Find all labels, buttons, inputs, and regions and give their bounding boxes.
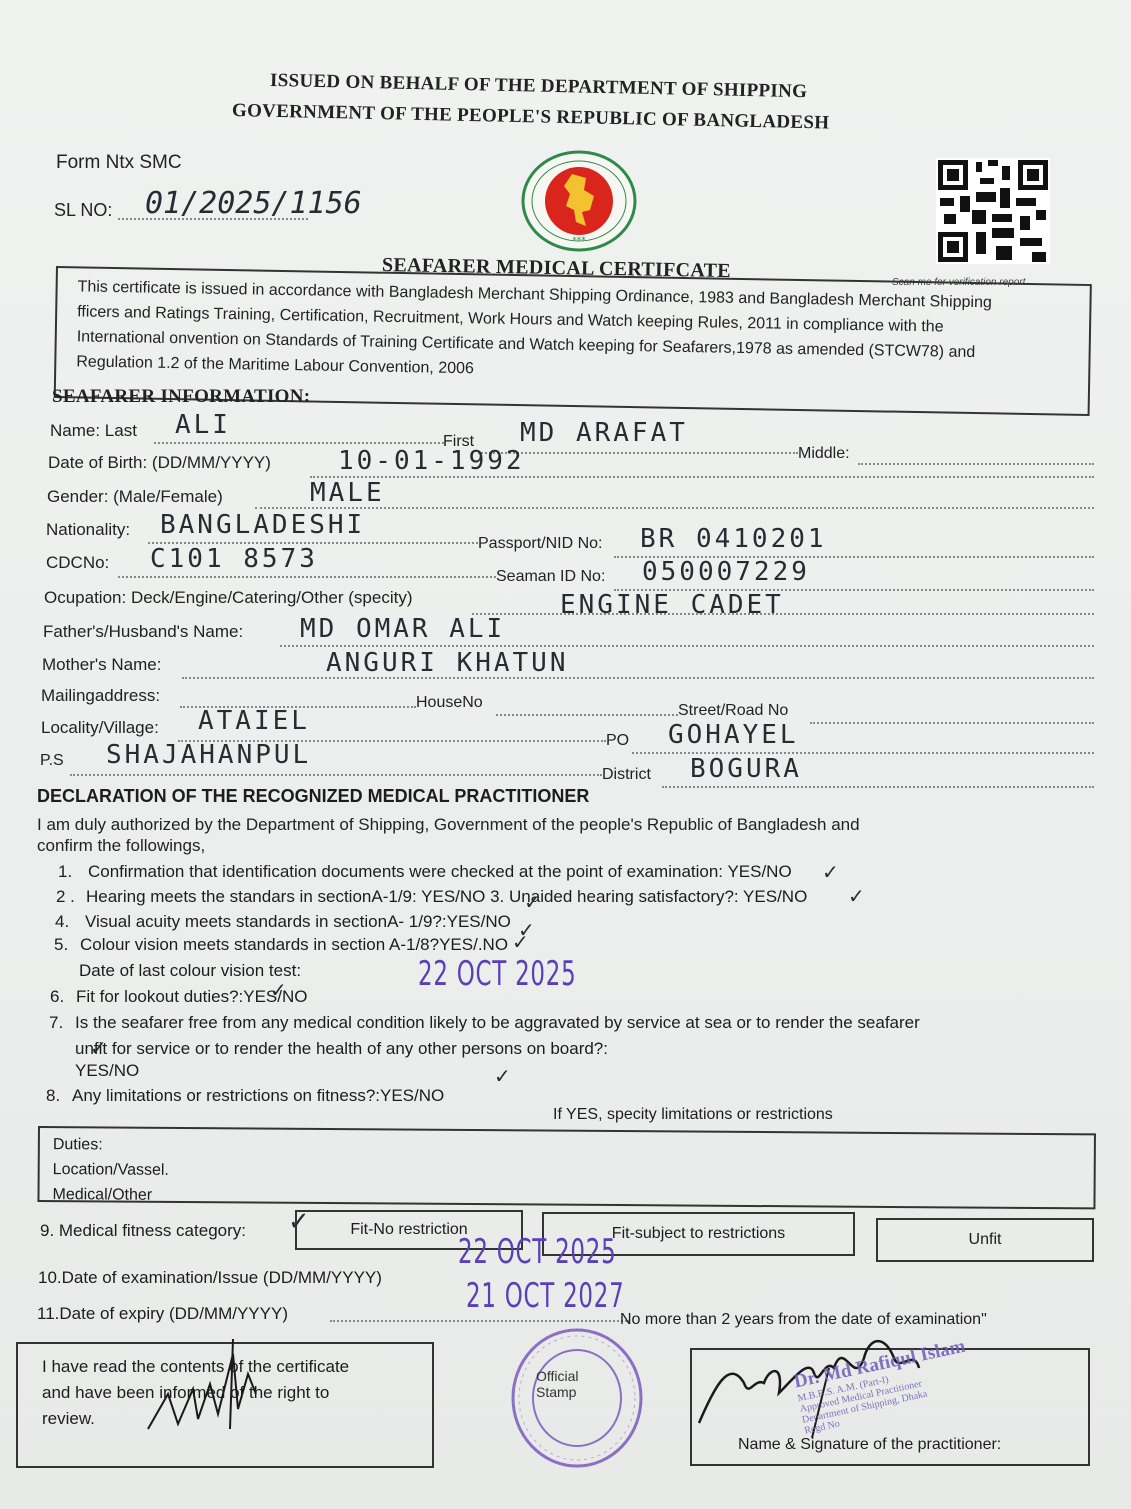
colour-test-date-stamp: 22 OCT 2025 (418, 954, 576, 994)
check-mark-icon: ✓ (90, 1036, 107, 1061)
option-label: Fit-subject to restrictions (612, 1225, 785, 1243)
mother-label: Mother's Name: (42, 655, 161, 675)
form-label: Form Ntx SMC (56, 152, 182, 174)
check-mark-icon: ✓ (848, 884, 865, 909)
district-label: District (602, 766, 651, 784)
seaman-id-label: Seaman ID No: (496, 568, 605, 586)
official-stamp-icon: Official Stamp (508, 1326, 646, 1470)
occupation-value: ENGINE CADET (560, 590, 784, 620)
seafarer-section-title: SEAFARER INFORMATION: (52, 386, 310, 408)
last-name-label: Name: Last (50, 421, 137, 441)
restriction-medical: Medical/Other (52, 1182, 168, 1208)
declaration-item-5: 5.Colour vision meets standards in secti… (54, 935, 508, 955)
declaration-item-7: 7.Is the seafarer free from any medical … (49, 1013, 920, 1033)
check-mark-icon: ✓ (494, 1064, 511, 1089)
exam-date-stamp: 22 OCT 2025 (458, 1232, 616, 1272)
declaration-intro: I am duly authorized by the Department o… (37, 815, 860, 835)
official-stamp-label: Official (536, 1368, 579, 1384)
official-stamp-label: Stamp (536, 1384, 579, 1400)
locality-value: ATAIEL (198, 706, 310, 736)
declaration-intro: confirm the followings, (37, 836, 205, 856)
nationality-value: BANGLADESHI (160, 510, 365, 540)
po-value: GOHAYEL (668, 720, 799, 750)
declaration-item-7-answer: YES/NO (75, 1061, 139, 1081)
last-name-value: ALI (175, 410, 231, 440)
declaration-item-8: 8.Any limitations or restrictions on fit… (46, 1086, 444, 1106)
restriction-duties: Duties: (53, 1132, 169, 1158)
declaration-item-6: 6.Fit for lookout duties?:YES/NO (50, 987, 308, 1007)
practitioner-label: Name & Signature of the practitioner: (738, 1436, 1001, 1454)
restrictions-box: Duties: Location/Vassel. Medical/Other (37, 1126, 1096, 1209)
cdc-label: CDCNo: (46, 553, 109, 573)
option-label: Fit-No restriction (350, 1221, 467, 1239)
mother-value: ANGURI KHATUN (326, 648, 569, 678)
check-mark-icon: ✓ (822, 860, 839, 885)
middle-name-label: Middle: (798, 445, 850, 463)
if-yes-note: If YES, specity limitations or restricti… (553, 1106, 833, 1124)
svg-text:***: *** (572, 236, 586, 246)
dob-label: Date of Birth: (DD/MM/YYYY) (48, 453, 271, 473)
seafarer-acknowledgement-box: I have read the contents of the certific… (16, 1342, 434, 1468)
government-seal-icon: *** (520, 150, 638, 252)
passport-value: BR 0410201 (640, 524, 827, 554)
first-name-value: MD ARAFAT (520, 418, 688, 448)
declaration-title: DECLARATION OF THE RECOGNIZED MEDICAL PR… (37, 786, 589, 807)
option-unfit[interactable]: Unfit (876, 1218, 1094, 1262)
qr-code-icon[interactable] (936, 158, 1050, 264)
sl-label: SL NO: (54, 200, 112, 221)
mailing-label: Mailingaddress: (41, 686, 160, 706)
check-mark-icon: ✓ (270, 978, 287, 1003)
declaration-item-2: 2 .Hearing meets the standars in section… (56, 887, 807, 907)
expiry-date-label: 11.Date of expiry (DD/MM/YYYY) (37, 1304, 288, 1324)
ps-value: SHAJAHANPUL (106, 740, 311, 770)
passport-label: Passport/NID No: (478, 535, 602, 553)
restriction-location: Location/Vassel. (53, 1157, 169, 1183)
locality-label: Locality/Village: (41, 718, 159, 738)
cdc-value: C101 8573 (150, 544, 318, 574)
dob-value: 10-01-1992 (338, 446, 525, 476)
expiry-date-stamp: 21 OCT 2027 (466, 1276, 624, 1316)
occupation-label: Ocupation: Deck/Engine/Catering/Other (s… (44, 588, 413, 608)
street-label: Street/Road No (678, 702, 788, 720)
certificate-page: ISSUED ON BEHALF OF THE DEPARTMENT OF SH… (0, 0, 1131, 1509)
seafarer-signature-icon (138, 1334, 278, 1444)
seaman-id-value: 050007229 (642, 557, 810, 587)
header-line-1: ISSUED ON BEHALF OF THE DEPARTMENT OF SH… (270, 70, 808, 103)
fitness-category-label: 9. Medical fitness category: (40, 1221, 246, 1241)
sl-value: 01/2025/1156 (145, 186, 362, 221)
ps-label: P.S (40, 752, 64, 770)
father-value: MD OMAR ALI (300, 614, 505, 644)
declaration-item-7-cont: unfit for service or to render the healt… (75, 1039, 608, 1059)
colour-test-date-label: Date of last colour vision test: (79, 961, 301, 981)
option-label: Unfit (969, 1231, 1002, 1249)
house-label: HouseNo (416, 694, 483, 712)
declaration-item-1: 1.Confirmation that identification docum… (58, 862, 792, 882)
district-value: BOGURA (690, 754, 802, 784)
po-label: PO (606, 732, 629, 750)
nationality-label: Nationality: (46, 520, 130, 540)
gender-label: Gender: (Male/Female) (47, 487, 223, 507)
expiry-note: No more than 2 years from the date of ex… (620, 1311, 987, 1329)
header-line-2: GOVERNMENT OF THE PEOPLE'S REPUBLIC OF B… (232, 100, 830, 135)
check-mark-icon: ✓ (512, 930, 529, 955)
practitioner-signature-box: Dr. Md Rafiqul Islam M.B.B.S. A.M. (Part… (690, 1348, 1090, 1466)
father-label: Father's/Husband's Name: (43, 622, 243, 642)
exam-date-label: 10.Date of examination/Issue (DD/MM/YYYY… (38, 1268, 382, 1288)
declaration-item-4: 4.Visual acuity meets standards in secti… (55, 912, 511, 932)
gender-value: MALE (310, 478, 385, 508)
check-mark-icon: ✓ (524, 890, 541, 915)
